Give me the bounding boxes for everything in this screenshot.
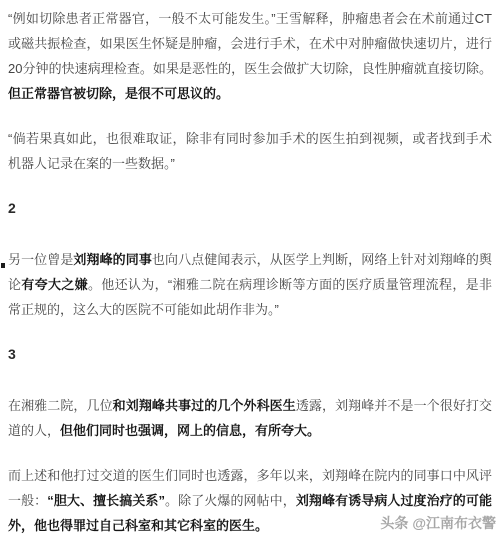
text-run: 。除了火爆的网帖中， bbox=[165, 493, 296, 508]
bold-text-run: 但他们同时也强调，网上的信息，有所夸大。 bbox=[60, 423, 320, 438]
section-number: 3 bbox=[8, 342, 492, 367]
text-run: 在湘雅二院，几位 bbox=[8, 398, 113, 413]
watermark-author-handle: @江南布衣警 bbox=[412, 515, 496, 531]
text-run: “例如切除患者正常器官，一般不太可能发生。”王雪解释，肿瘤患者会在术前通过CT或… bbox=[8, 11, 492, 76]
text-run: 另一位曾是 bbox=[8, 252, 73, 267]
toutiao-logo: 头条 bbox=[380, 515, 408, 531]
paragraph: 在湘雅二院，几位和刘翔峰共事过的几个外科医生透露，刘翔峰并不是一个很好打交道的人… bbox=[8, 393, 492, 443]
bold-text-run: 但正常器官被切除，是很不可思议的。 bbox=[8, 86, 229, 101]
paragraph: “倘若果真如此，也很难取证，除非有同时参加手术的医生拍到视频，或者找到手术机器人… bbox=[8, 126, 492, 176]
watermark: 头条@江南布衣警 bbox=[380, 513, 496, 533]
bold-text-run: 和刘翔峰共事过的几个外科医生 bbox=[113, 398, 296, 413]
section-number: 2 bbox=[8, 196, 492, 221]
paragraph: “例如切除患者正常器官，一般不太可能发生。”王雪解释，肿瘤患者会在术前通过CT或… bbox=[8, 6, 492, 106]
bold-text-run: 有夸大之嫌 bbox=[21, 277, 88, 292]
article-body: “例如切除患者正常器官，一般不太可能发生。”王雪解释，肿瘤患者会在术前通过CT或… bbox=[0, 0, 499, 536]
left-edge-dot bbox=[1, 263, 5, 268]
text-run: “倘若果真如此，也很难取证，除非有同时参加手术的医生拍到视频，或者找到手术机器人… bbox=[8, 131, 492, 171]
bold-text-run: “胆大、擅长搞关系” bbox=[47, 493, 165, 508]
paragraph: 另一位曾是刘翔峰的同事也向八点健闻表示，从医学上判断，网络上针对刘翔峰的舆论有夸… bbox=[8, 247, 492, 322]
bold-text-run: 刘翔峰的同事 bbox=[73, 252, 152, 267]
